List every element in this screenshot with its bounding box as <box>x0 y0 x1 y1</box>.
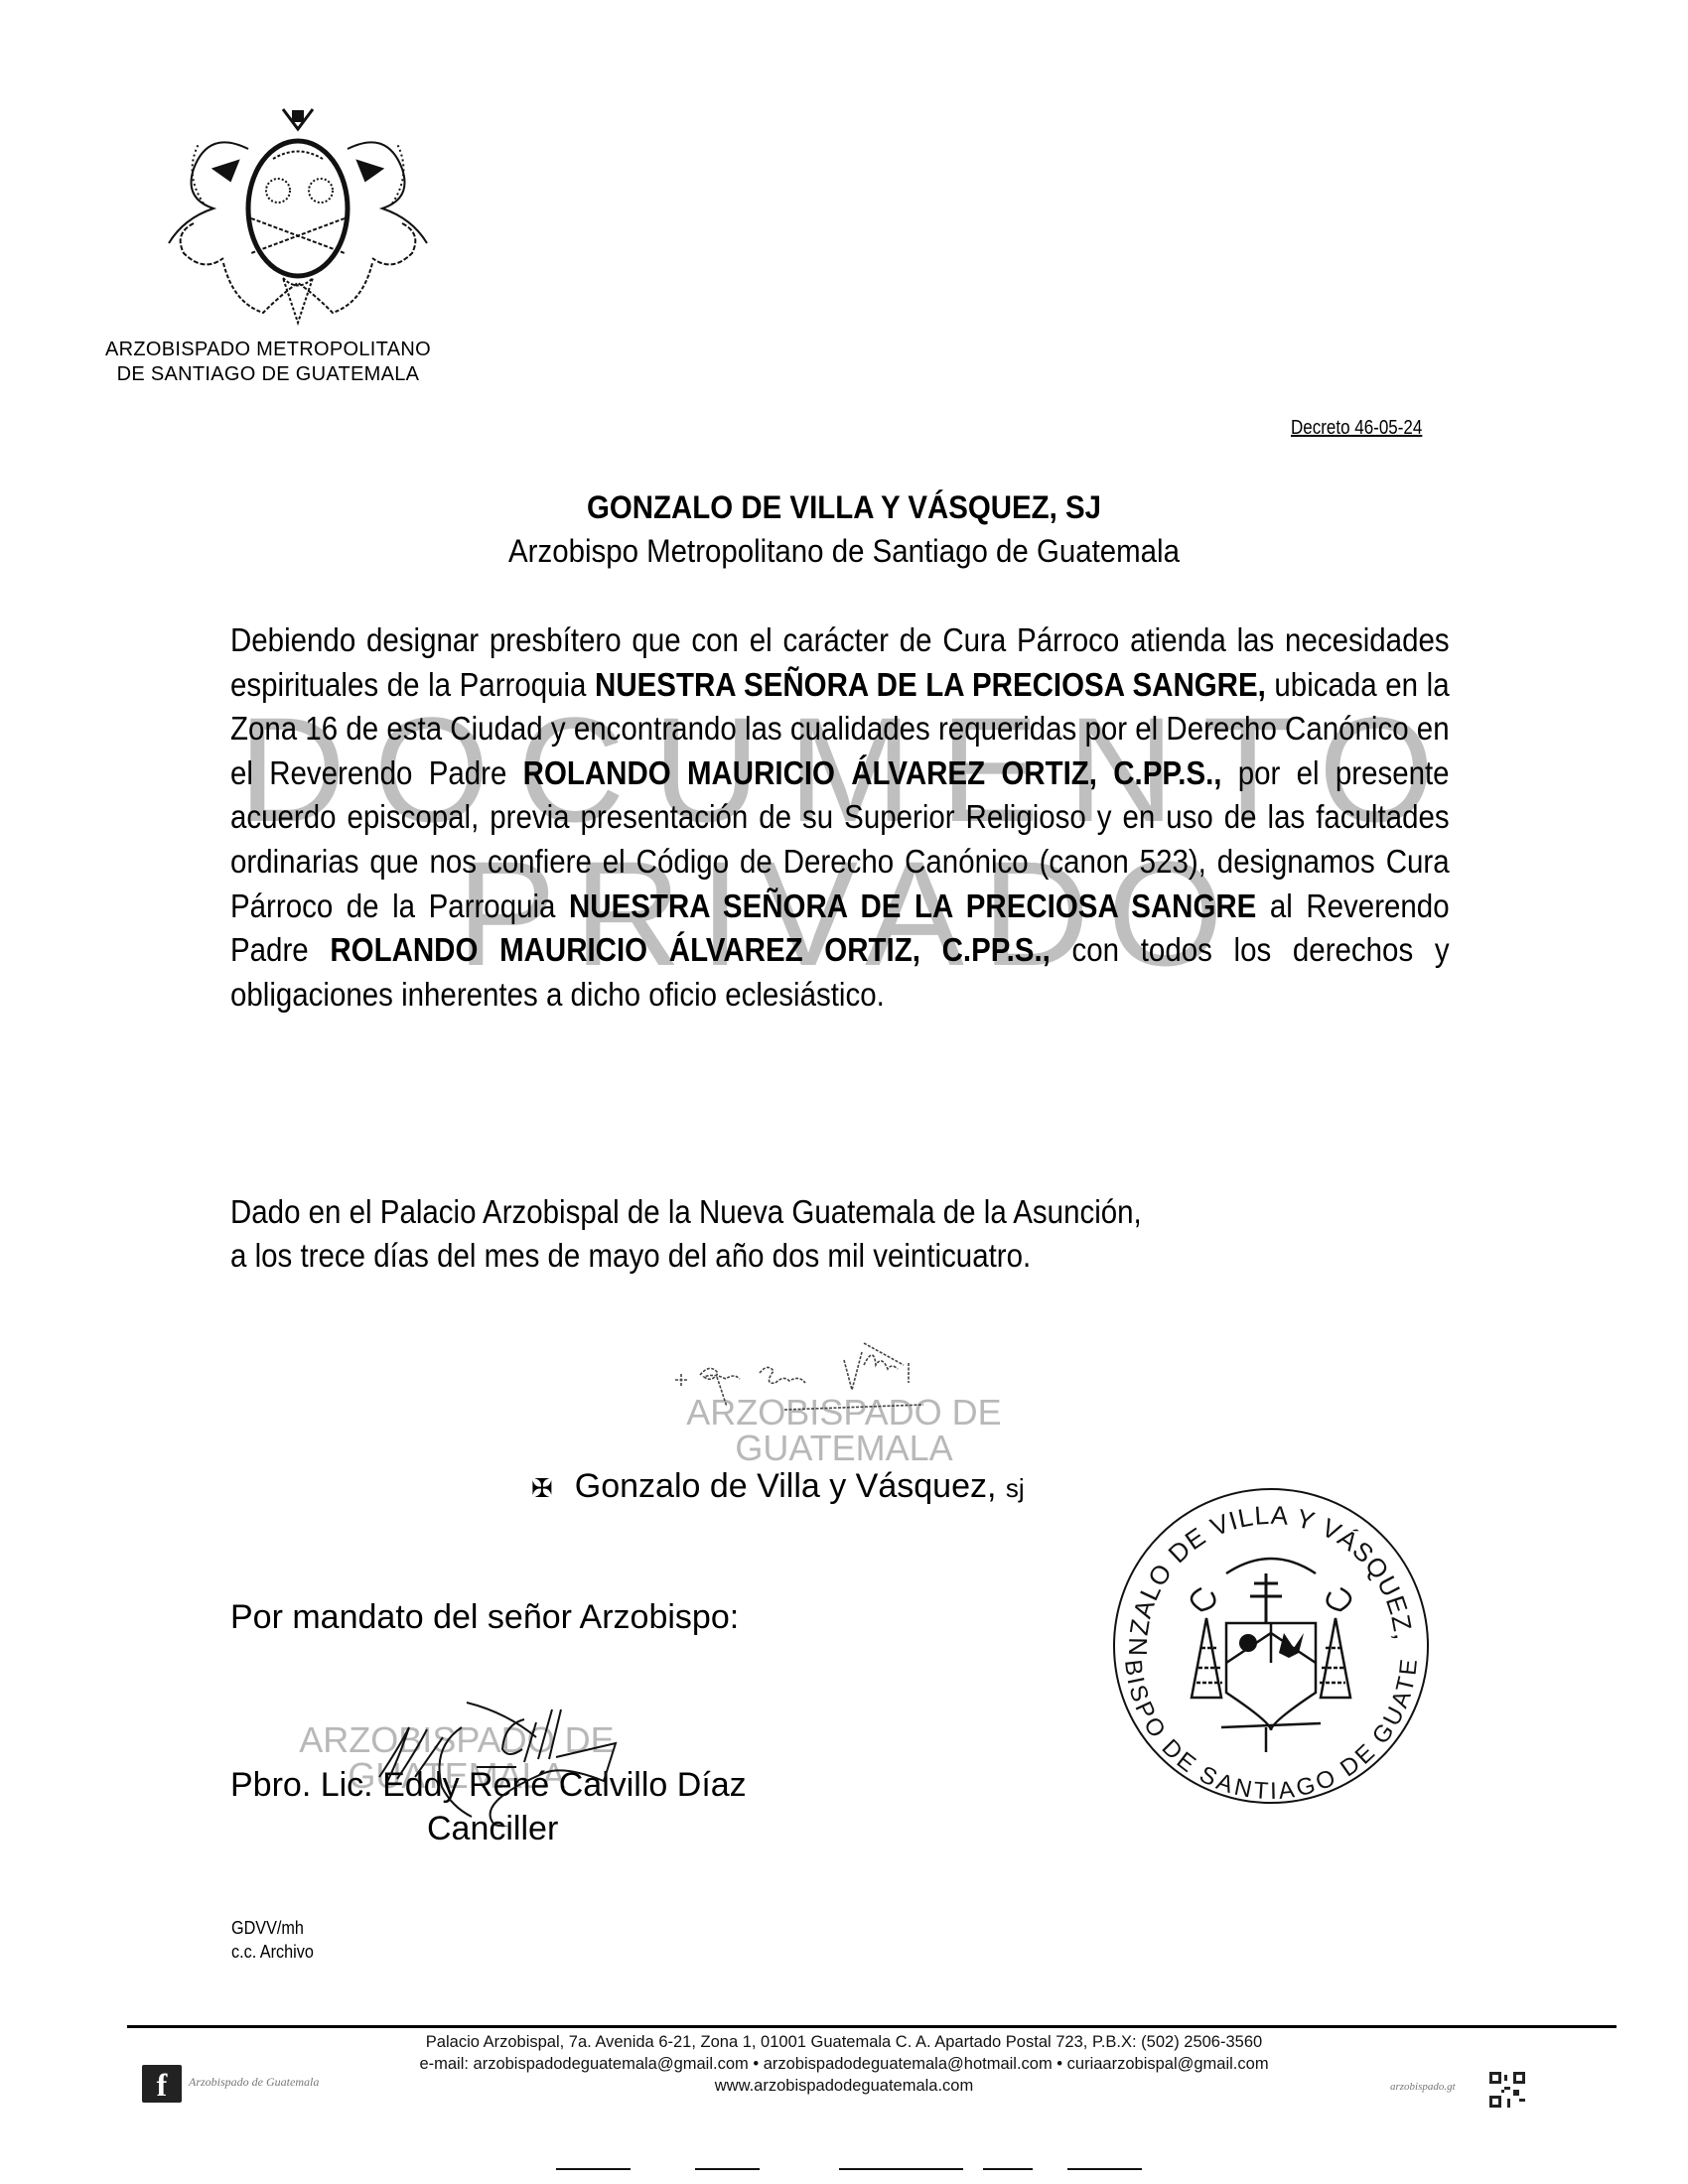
closing-line1: Dado en el Palacio Arzobispal de la Nuev… <box>230 1191 1450 1235</box>
issuer-title: Arzobispo Metropolitano de Santiago de G… <box>68 533 1620 570</box>
archbishop-signature-name: ✠Gonzalo de Villa y Vásquez, sj <box>531 1467 1025 1506</box>
emphasized-text: NUESTRA SEÑORA DE LA PRECIOSA SANGRE, <box>595 667 1266 704</box>
footer-address: Palacio Arzobispal, 7a. Avenida 6-21, Zo… <box>0 2031 1688 2053</box>
facebook-icon[interactable]: f <box>142 2065 182 2103</box>
decree-body: Debiendo designar presbítero que con el … <box>230 619 1450 1018</box>
qr-code-icon[interactable] <box>1489 2072 1525 2108</box>
typist-initials: GDVV/mh <box>231 1916 314 1940</box>
qr-handle: arzobispado.gt <box>1390 2081 1456 2093</box>
footer-emails[interactable]: e-mail: arzobispadodeguatemala@gmail.com… <box>0 2053 1688 2075</box>
maltese-cross-icon: ✠ <box>531 1473 553 1503</box>
facebook-handle: Arzobispado de Guatemala <box>189 2075 319 2090</box>
seal-top-text: GONZALO DE VILLA Y VÁSQUEZ, S.J. <box>1107 1479 1419 1656</box>
mandate-line: Por mandato del señor Arzobispo: <box>230 1598 739 1637</box>
emphasized-text: NUESTRA SEÑORA DE LA PRECIOSA SANGRE <box>569 888 1256 925</box>
organization-name-line2: DE SANTIAGO DE GUATEMALA <box>79 362 457 387</box>
coat-of-arms-icon <box>134 89 462 338</box>
organization-name-line1: ARZOBISPADO METROPOLITANO <box>79 338 457 362</box>
archbishop-signature-icon <box>655 1335 1053 1425</box>
watermark-stamp-line2: GUATEMALA <box>596 1431 1092 1466</box>
emphasized-text: ROLANDO MAURICIO ÁLVAREZ ORTIZ, C.PP.S., <box>523 755 1222 792</box>
svg-text:GONZALO DE VILLA Y VÁSQUEZ, S.: GONZALO DE VILLA Y VÁSQUEZ, S.J. <box>1107 1479 1419 1656</box>
archbishop-name: Gonzalo de Villa y Vásquez, <box>575 1467 997 1505</box>
organization-name: ARZOBISPADO METROPOLITANO DE SANTIAGO DE… <box>79 338 457 387</box>
closing-paragraph: Dado en el Palacio Arzobispal de la Nuev… <box>230 1191 1450 1279</box>
reference-initials: GDVV/mh c.c. Archivo <box>231 1916 314 1964</box>
scan-artifact-line <box>0 2167 1688 2171</box>
decree-number: Decreto 46-05-24 <box>1291 417 1422 440</box>
decree-body-paragraph: Debiendo designar presbítero que con el … <box>230 619 1450 1018</box>
archbishop-seal-icon: GONZALO DE VILLA Y VÁSQUEZ, S.J. ARZOBIS… <box>1107 1479 1435 1807</box>
emphasized-text: ROLANDO MAURICIO ÁLVAREZ ORTIZ, C.PP.S., <box>330 932 1050 969</box>
issuer-name: GONZALO DE VILLA Y VÁSQUEZ, SJ <box>68 489 1620 526</box>
chancellor-signature-icon <box>367 1688 725 1827</box>
carbon-copy: c.c. Archivo <box>231 1940 314 1964</box>
closing-line2: a los trece días del mes de mayo del año… <box>230 1235 1450 1279</box>
footer-divider <box>127 2025 1617 2028</box>
archbishop-suffix: sj <box>1006 1473 1025 1503</box>
